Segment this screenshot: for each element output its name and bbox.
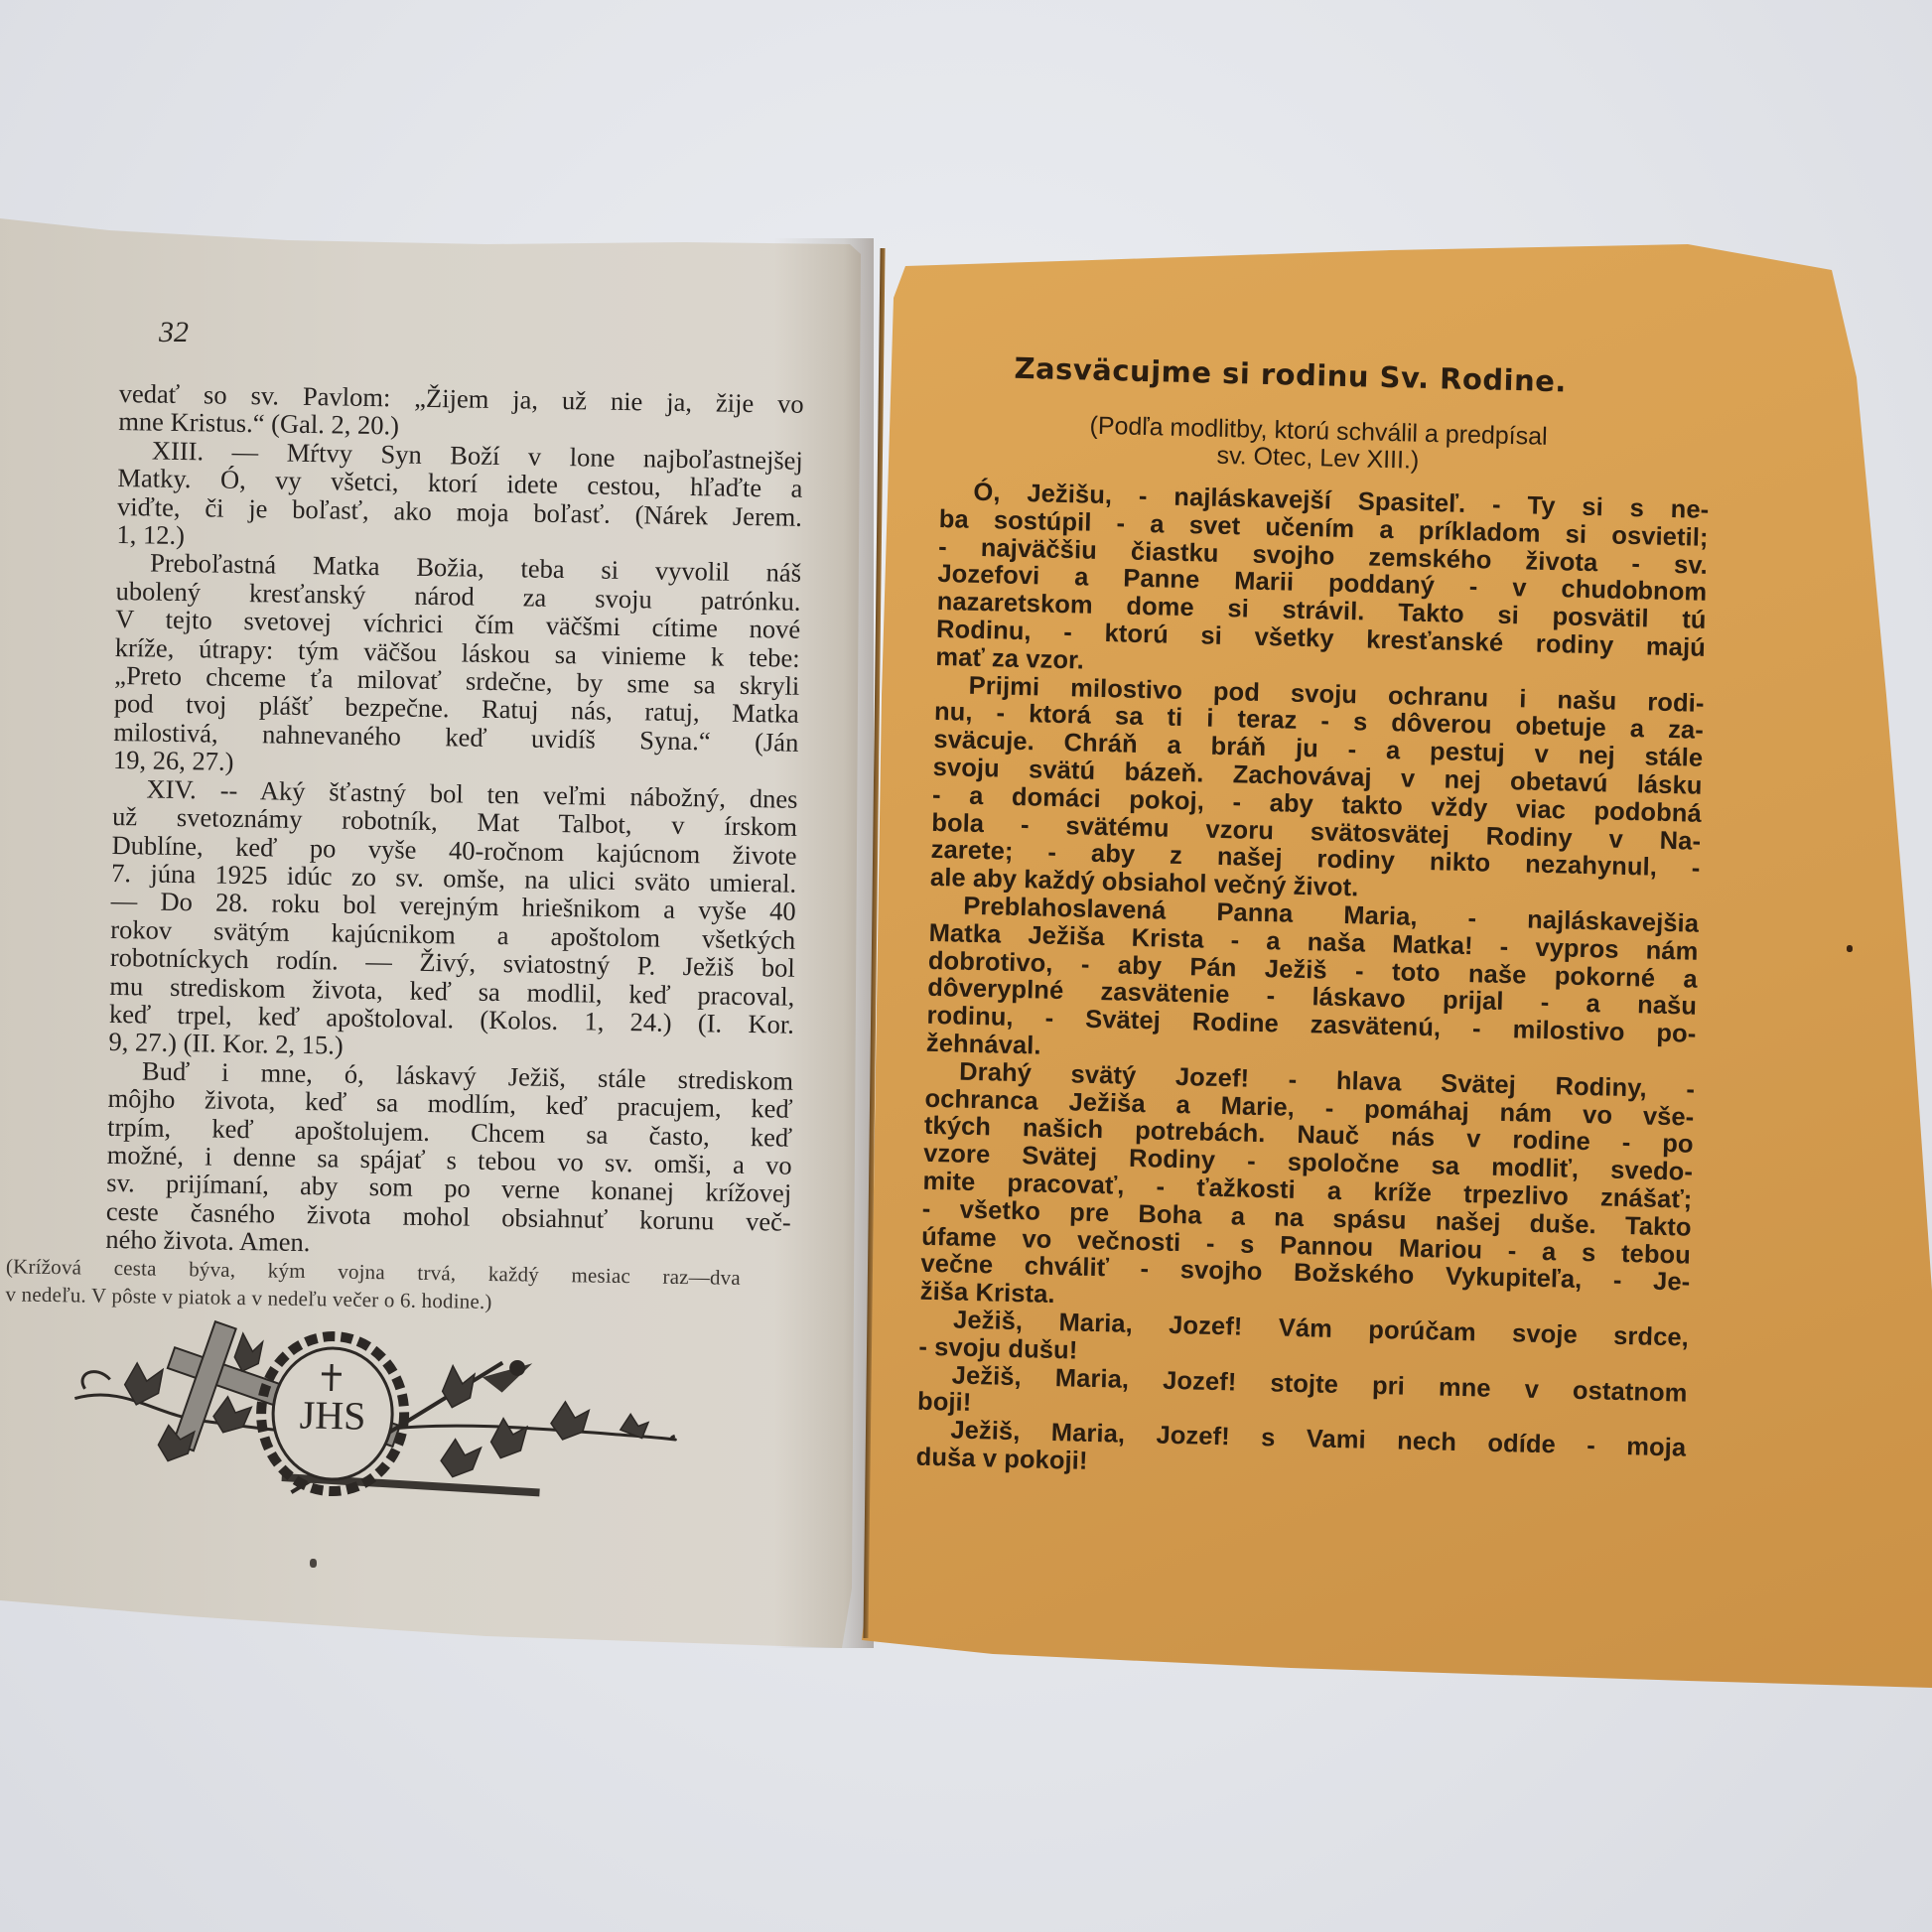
right-page-content: Zasväcujme si rodinu Sv. Rodine. (Podľa …	[915, 349, 1717, 1490]
paper-speck	[1847, 945, 1853, 952]
page-subtitle: (Podľa modlitby, ktorú schválil a predpí…	[1000, 410, 1636, 480]
left-page-text: vedať so sv. Pavlom: „Žijem ja, už nie j…	[104, 379, 804, 1319]
paragraph: Prijmi milostivo pod svoju ochranu i naš…	[930, 671, 1705, 910]
paragraph: Preblahoslavená Panna Maria, - najláskav…	[926, 893, 1700, 1077]
paragraph: Ó, Ježišu, - najláskavejší Spasiteľ. - T…	[935, 479, 1710, 690]
right-page-text: Ó, Ježišu, - najláskavejší Spasiteľ. - T…	[915, 479, 1709, 1490]
paragraph: XIV. -- Aký šťastný bol ten veľmi nábožn…	[108, 774, 797, 1067]
paragraph: Drahý svätý Jozef! - hlava Svätej Rodiny…	[919, 1058, 1695, 1325]
paragraph: Buď i mne, ó, láskavý Ježiš, stále stred…	[105, 1056, 793, 1265]
footnote: (Krížová cesta býva, kým vojna trvá, kaž…	[5, 1252, 741, 1319]
paper-speck	[310, 1559, 317, 1568]
page-number: 32	[159, 316, 189, 349]
paragraph: XIII. — Mŕtvy Syn Boží v lone najboľastn…	[116, 436, 803, 559]
jhs-ornament-icon: JHS	[63, 1313, 692, 1525]
open-booklet: 32 vedať so sv. Pavlom: „Žijem ja, už ni…	[0, 0, 1932, 1932]
svg-text:JHS: JHS	[299, 1392, 366, 1438]
paragraph: Preboľastná Matka Božia, teba si vyvolil…	[113, 548, 801, 784]
